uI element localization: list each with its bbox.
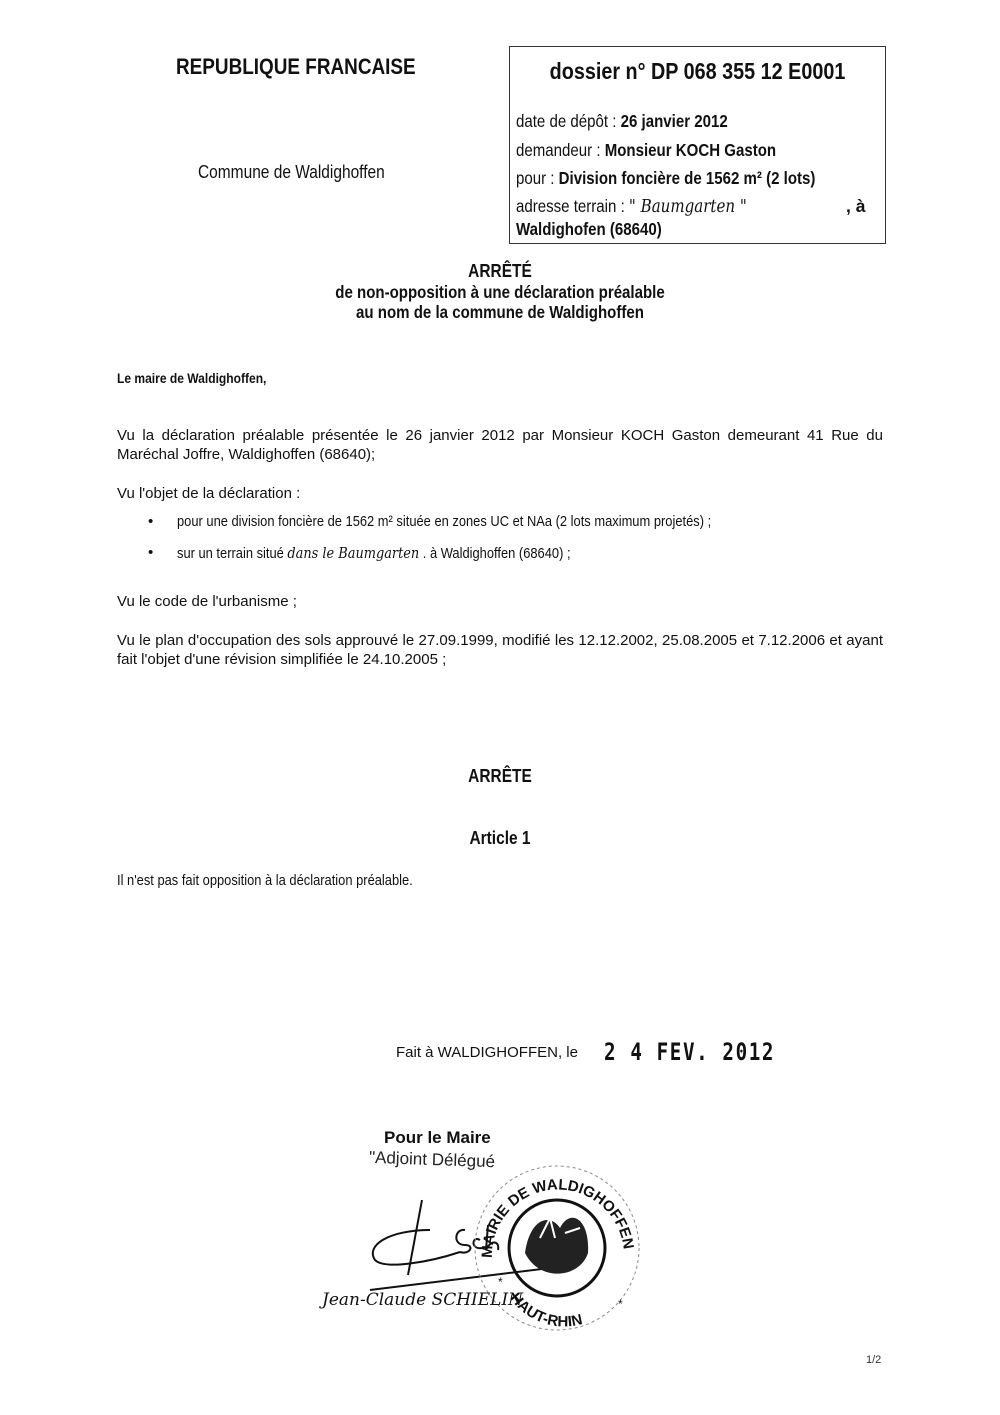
title-subtitle-1: de non-opposition à une déclaration préa… [70, 282, 930, 302]
republic-heading: REPUBLIQUE FRANCAISE [176, 54, 416, 80]
title-subtitle-2: au nom de la commune de Waldighoffen [70, 302, 930, 322]
article-title: Article 1 [70, 828, 930, 849]
bullet-2-handwritten: dans le Baumgarten [287, 544, 419, 562]
dossier-number: dossier n° DP 068 355 12 E0001 [536, 58, 859, 85]
demandeur-line: demandeur : Monsieur KOCH Gaston [516, 140, 776, 161]
date-stamp: 2 4 FEV. 2012 [604, 1038, 775, 1066]
bullet-icon: • [148, 544, 153, 561]
demandeur-value: Monsieur KOCH Gaston [605, 140, 776, 160]
seal-star-icon: * [498, 1275, 503, 1289]
fait-a: Fait à WALDIGHOFFEN, le [396, 1044, 578, 1061]
title-arrete: ARRÊTÉ [70, 260, 930, 282]
demandeur-label: demandeur : [516, 140, 605, 160]
adresse-suffix: , à [846, 196, 865, 217]
pour-le-maire-stamp: Pour le Maire [384, 1128, 491, 1148]
adresse-label: adresse terrain : [516, 196, 629, 216]
dossier-box: dossier n° DP 068 355 12 E0001 date de d… [509, 46, 886, 244]
bullet-item-2: sur un terrain situé dans le Baumgarten … [177, 544, 571, 562]
bullet-2-prefix: sur un terrain situé [177, 545, 287, 562]
pour-value: Division foncière de 1562 m² (2 lots) [559, 168, 816, 188]
page-number: 1/2 [866, 1354, 881, 1366]
vu-code: Vu le code de l'urbanisme ; [117, 592, 883, 611]
vu-plan: Vu le plan d'occupation des sols approuv… [117, 631, 883, 669]
depot-label: date de dépôt : [516, 111, 621, 131]
seal-star-icon: * [618, 1297, 623, 1311]
adresse-city: Waldighofen (68640) [516, 219, 662, 240]
adresse-line: adresse terrain : " Baumgarten " [516, 196, 747, 217]
arrete-heading: ARRÊTE [70, 766, 930, 787]
commune-name: Commune de Waldighoffen [198, 162, 385, 183]
decree-title: ARRÊTÉ de non-opposition à une déclarati… [0, 260, 1000, 322]
article-text: Il n'est pas fait opposition à la déclar… [117, 872, 413, 889]
bullet-2-suffix: . à Waldighoffen (68640) ; [419, 545, 570, 562]
maire-heading: Le maire de Waldighoffen, [117, 370, 266, 386]
signatory-name: Jean-Claude SCHIELIN [322, 1290, 523, 1310]
depot-value: 26 janvier 2012 [621, 111, 728, 131]
bullet-icon: • [148, 513, 153, 530]
adresse-handwritten: " Baumgarten " [629, 197, 747, 217]
vu-declaration: Vu la déclaration préalable présentée le… [117, 426, 883, 464]
bullet-item-1: pour une division foncière de 1562 m² si… [177, 513, 711, 530]
vu-objet: Vu l'objet de la déclaration : [117, 484, 883, 503]
pour-line: pour : Division foncière de 1562 m² (2 l… [516, 168, 815, 189]
pour-label: pour : [516, 168, 559, 188]
depot-line: date de dépôt : 26 janvier 2012 [516, 111, 728, 132]
